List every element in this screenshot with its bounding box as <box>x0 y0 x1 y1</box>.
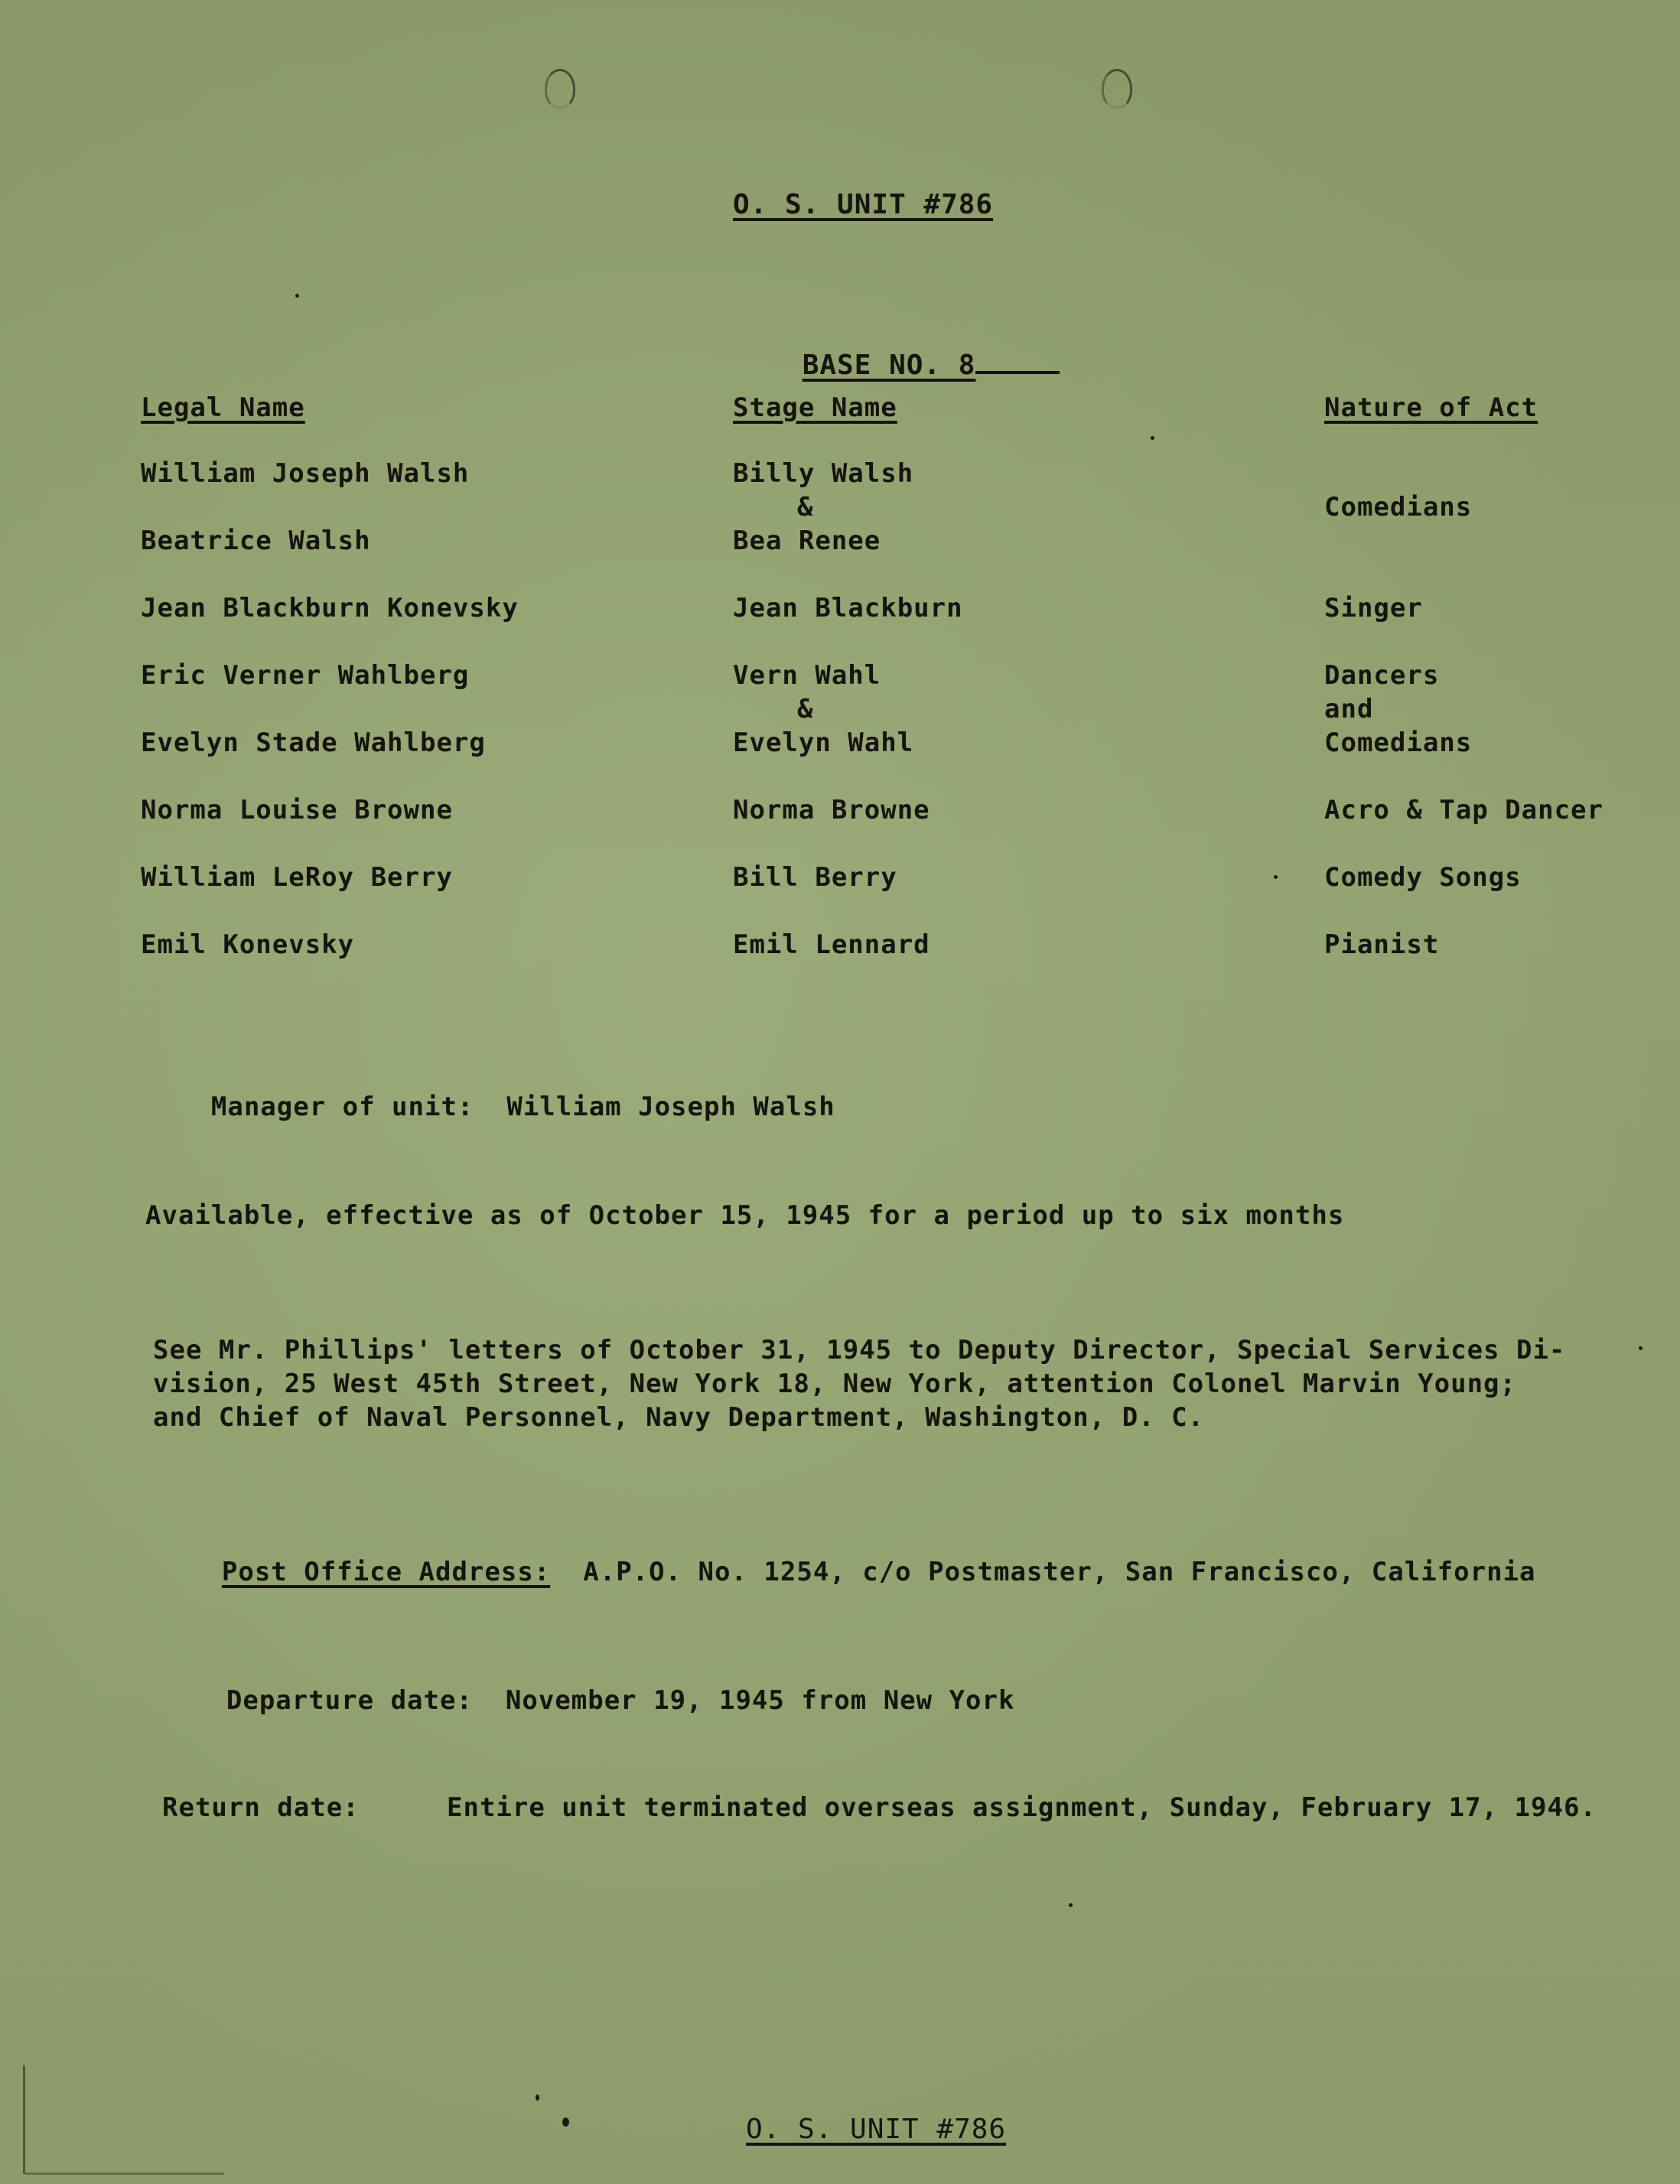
page-edge-mark-bottom <box>25 2173 224 2175</box>
ink-speck <box>562 2117 569 2127</box>
legal-name: Eric Verner Wahlberg <box>141 662 469 688</box>
stage-name-ampersand: & <box>797 494 813 520</box>
post-office-value: A.P.O. No. 1254, c/o Postmaster, San Fra… <box>583 1557 1535 1587</box>
ink-speck <box>1151 436 1154 440</box>
column-header-stage-name: Stage Name <box>733 395 897 421</box>
manager-label: Manager of unit: <box>211 1092 474 1122</box>
stage-name: Bea Renee <box>733 528 881 554</box>
stage-name: Bill Berry <box>733 864 897 890</box>
document-page: O. S. UNIT #786 BASE NO. 8 Legal Name St… <box>0 0 1680 2184</box>
stage-name: Billy Walsh <box>733 461 913 487</box>
page-edge-mark <box>23 2065 25 2174</box>
nature-of-act: Pianist <box>1324 932 1439 958</box>
ink-speck <box>1274 875 1278 879</box>
punch-hole-mark-right <box>1102 69 1132 109</box>
stage-name: Norma Browne <box>733 797 930 823</box>
punch-hole-mark-left <box>545 69 575 109</box>
legal-name: Evelyn Stade Wahlberg <box>141 730 486 756</box>
departure-label: Departure date: <box>226 1685 473 1716</box>
nature-of-act: Comedians <box>1324 494 1472 520</box>
manager-line: Manager of unit: William Joseph Walsh <box>145 1068 835 1146</box>
departure-value: November 19, 1945 from New York <box>506 1685 1015 1716</box>
departure-line: Departure date: November 19, 1945 from N… <box>161 1662 1014 1740</box>
reference-line-2: vision, 25 West 45th Street, New York 18… <box>153 1371 1516 1397</box>
stage-name: Emil Lennard <box>733 932 930 958</box>
ink-speck <box>536 2094 539 2101</box>
nature-of-act: Comedians <box>1324 730 1472 756</box>
ink-speck <box>1639 1346 1643 1350</box>
base-number-blank-line <box>975 371 1060 374</box>
reference-line-3: and Chief of Naval Personnel, Navy Depar… <box>153 1404 1204 1431</box>
ink-speck <box>295 294 299 298</box>
legal-name: William LeRoy Berry <box>141 864 453 890</box>
nature-of-act: and <box>1324 696 1373 722</box>
manager-value: William Joseph Walsh <box>506 1092 835 1122</box>
legal-name: Emil Konevsky <box>141 932 354 958</box>
legal-name: William Joseph Walsh <box>141 461 469 487</box>
availability-text: Available, effective as of October 15, 1… <box>145 1203 1344 1229</box>
nature-of-act: Comedy Songs <box>1324 864 1522 890</box>
post-office-label: Post Office Address: <box>222 1557 550 1587</box>
legal-name: Jean Blackburn Konevsky <box>141 595 519 621</box>
post-office-line: Post Office Address: A.P.O. No. 1254, c/… <box>156 1533 1536 1611</box>
stage-name: Evelyn Wahl <box>733 730 913 756</box>
nature-of-act: Acro & Tap Dancer <box>1324 797 1603 823</box>
ink-speck <box>1069 1903 1073 1907</box>
stage-name-ampersand: & <box>797 696 813 722</box>
stage-name: Jean Blackburn <box>733 595 963 621</box>
nature-of-act: Dancers <box>1324 662 1439 688</box>
base-number-text: BASE NO. 8 <box>803 350 976 381</box>
column-header-nature-of-act: Nature of Act <box>1324 395 1538 421</box>
return-label: Return date: <box>162 1795 360 1821</box>
stage-name: Vern Wahl <box>733 662 881 688</box>
column-header-legal-name: Legal Name <box>141 395 305 421</box>
nature-of-act: Singer <box>1324 595 1423 621</box>
legal-name: Norma Louise Browne <box>141 797 453 823</box>
unit-title: O. S. UNIT #786 <box>733 191 993 219</box>
legal-name: Beatrice Walsh <box>141 528 371 554</box>
footer-unit-title: O. S. UNIT #786 <box>746 2116 1006 2143</box>
return-value: Entire unit terminated overseas assignme… <box>447 1795 1597 1821</box>
reference-line-1: See Mr. Phillips' letters of October 31,… <box>153 1337 1565 1363</box>
